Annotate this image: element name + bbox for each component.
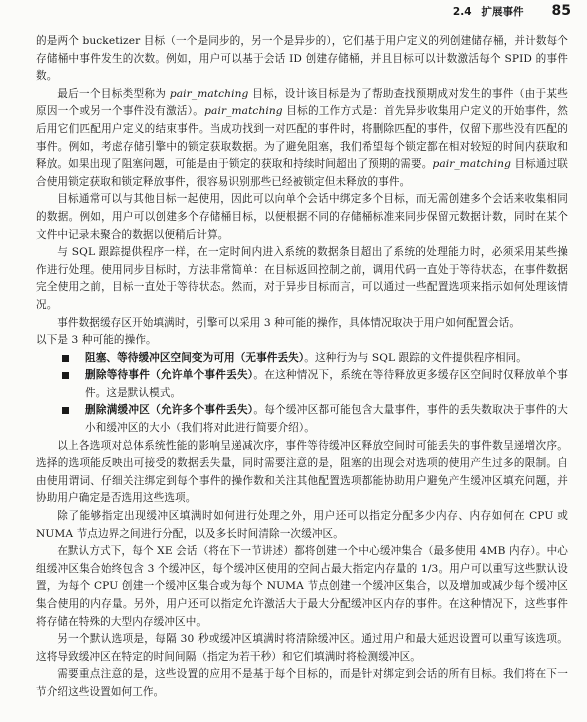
- list-item-title: 阻塞、等待缓冲区空间变为可用（无事件丢失）: [85, 352, 304, 364]
- square-bullet-icon: [62, 355, 69, 362]
- text: 除了能够指定出现缓冲区填满时如何进行处理之外，用户还可以指定分配多少内存、内存如…: [36, 510, 568, 540]
- page-number: 85: [552, 3, 571, 19]
- running-header: 2.4 扩展事件 85: [453, 3, 571, 19]
- square-bullet-icon: [62, 372, 69, 379]
- list-item-title: 删除满缓冲区（允许多个事件丢失）: [85, 404, 253, 416]
- list-item: 删除等待事件（允许单个事件丢失）。在这种情况下，系统在等待释放更多缓存区空间时仅…: [62, 367, 568, 402]
- paragraph-memory-allocation: 除了能够指定出现缓冲区填满时如何进行处理之外，用户还可以指定分配多少内存、内存如…: [36, 508, 568, 543]
- section-number: 2.4: [453, 6, 472, 18]
- list-item-title: 删除等待事件（允许单个事件丢失）: [85, 369, 253, 381]
- text: 与 SQL 跟踪提供程序一样，在一定时间内进入系统的数据条目超出了系统的处理能力…: [36, 246, 568, 311]
- text: 在默认方式下，每个 XE 会话（将在下一节讲述）都将创建一个中心缓冲集合（最多使…: [36, 545, 568, 627]
- paragraph-pair-matching: 最后一个目标类型称为 pair_matching 目标，设计该目标是为了帮助查找…: [36, 86, 568, 192]
- text: 目标通常可以与其他目标一起使用，因此可以向单个会话中绑定多个目标，而无需创建多个…: [36, 193, 568, 240]
- list-item: 删除满缓冲区（允许多个事件丢失）。每个缓冲区都可能包含大量事件，事件的丢失数取决…: [62, 402, 568, 437]
- term-pair-matching: pair_matching: [170, 88, 249, 100]
- paragraph-bucketizer: 的是两个 bucketizer 目标（一个是同步的，另一个是异步的），它们基于用…: [36, 33, 568, 86]
- term-pair-matching: pair_matching: [432, 158, 511, 170]
- text: 另一个默认选项是，每隔 30 秒或缓冲区填满时将清除缓冲区。通过用户和最大延迟设…: [36, 633, 568, 663]
- paragraph-default-buffers: 在默认方式下，每个 XE 会话（将在下一节讲述）都将创建一个中心缓冲集合（最多使…: [36, 543, 568, 631]
- paragraph-buffer-fill: 事件数据缓存区开始填满时，引擎可以采用 3 种可能的操作，具体情况取决于用户如何…: [36, 315, 568, 333]
- option-list: 阻塞、等待缓冲区空间变为可用（无事件丢失）。这种行为与 SQL 跟踪的文件提供程…: [36, 350, 568, 438]
- paragraph-session-settings: 需要重点注意的是，这些设置的应用不是基于每个目标的，而是针对绑定到会话的所有目标…: [36, 666, 568, 701]
- section-title: 扩展事件: [482, 4, 524, 19]
- text: 的是两个 bucketizer 目标（一个是同步的，另一个是异步的），它们基于用…: [36, 35, 568, 82]
- square-bullet-icon: [62, 407, 69, 414]
- list-item-text: 。这种行为与 SQL 跟踪的文件提供程序相同。: [304, 352, 527, 364]
- paragraph-flush-interval: 另一个默认选项是，每隔 30 秒或缓冲区填满时将清除缓冲区。通过用户和最大延迟设…: [36, 631, 568, 666]
- text: 最后一个目标类型称为: [57, 88, 170, 100]
- paragraph-three-options: 以下是 3 种可能的操作。: [36, 332, 568, 350]
- book-page: 2.4 扩展事件 85 的是两个 bucketizer 目标（一个是同步的，另一…: [0, 0, 587, 722]
- paragraph-sql-trace: 与 SQL 跟踪提供程序一样，在一定时间内进入系统的数据条目超出了系统的处理能力…: [36, 244, 568, 314]
- body-text: 的是两个 bucketizer 目标（一个是同步的，另一个是异步的），它们基于用…: [36, 33, 568, 702]
- text: 以下是 3 种可能的操作。: [36, 334, 157, 346]
- text: 事件数据缓存区开始填满时，引擎可以采用 3 种可能的操作，具体情况取决于用户如何…: [57, 317, 520, 329]
- paragraph-performance-order: 以上各选项对总体系统性能的影响呈递减次序，事件等待缓冲区释放空间时可能丢失的事件…: [36, 438, 568, 508]
- text: 以上各选项对总体系统性能的影响呈递减次序，事件等待缓冲区释放空间时可能丢失的事件…: [36, 440, 568, 505]
- paragraph-multiple-targets: 目标通常可以与其他目标一起使用，因此可以向单个会话中绑定多个目标，而无需创建多个…: [36, 191, 568, 244]
- text: 需要重点注意的是，这些设置的应用不是基于每个目标的，而是针对绑定到会话的所有目标…: [36, 668, 568, 698]
- list-item: 阻塞、等待缓冲区空间变为可用（无事件丢失）。这种行为与 SQL 跟踪的文件提供程…: [62, 350, 568, 368]
- term-pair-matching: pair_matching: [204, 105, 283, 117]
